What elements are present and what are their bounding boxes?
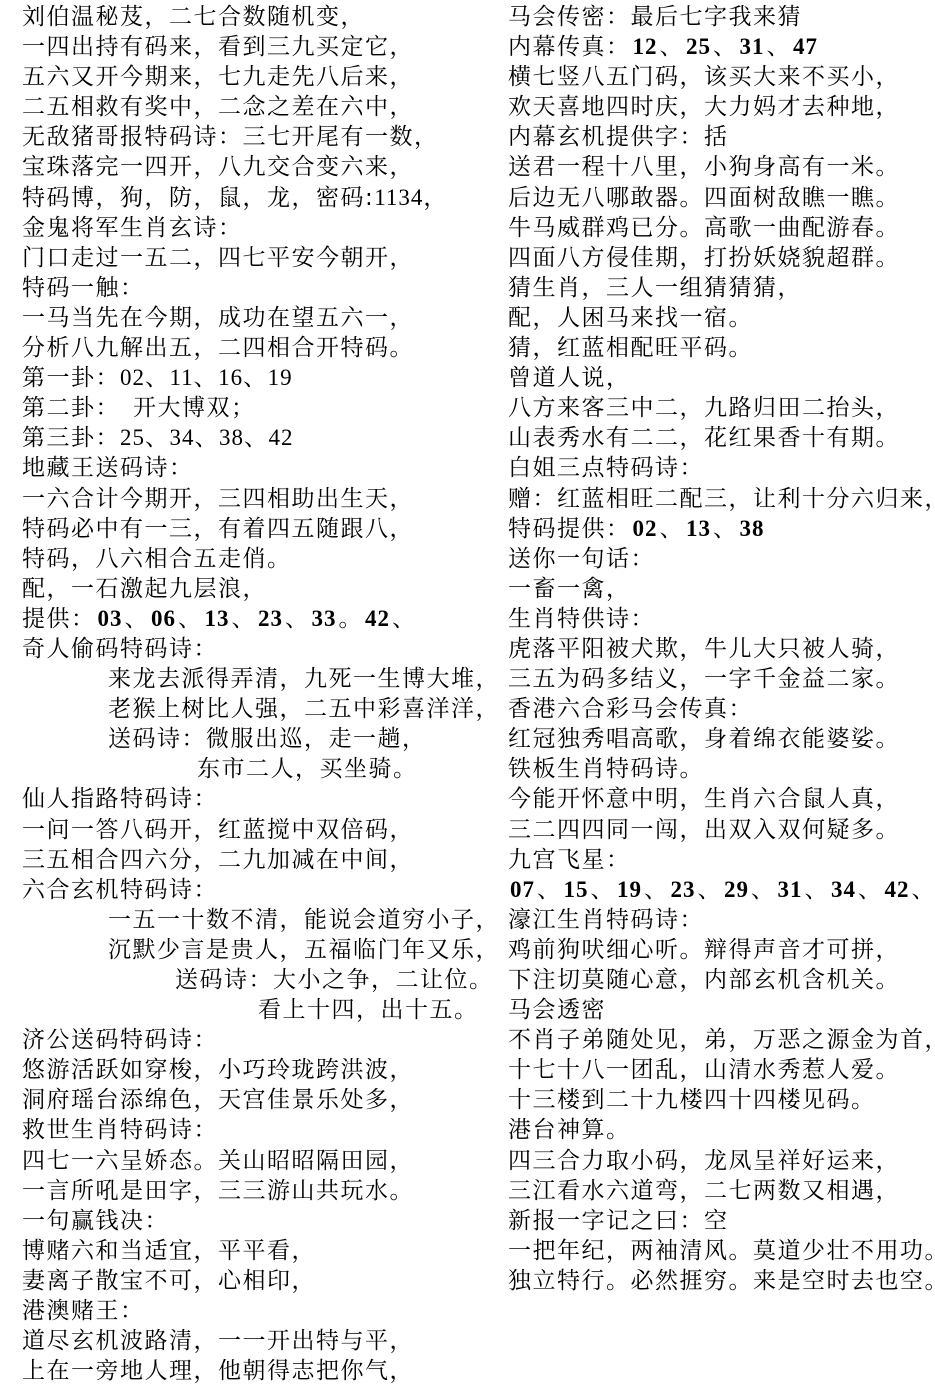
text-line: 地藏王送码诗：: [22, 453, 490, 483]
text-line: 港澳赌王：: [22, 1296, 490, 1326]
number: 03: [96, 606, 125, 631]
text-line: 三二四四同一闯，出双入双何疑多。: [508, 815, 935, 845]
number: 13: [203, 606, 232, 631]
number: 19: [268, 365, 293, 390]
number: 31: [738, 34, 767, 59]
number: 31: [776, 877, 805, 902]
text-line: 马会透密: [508, 995, 935, 1025]
text-line: 送你一句话：: [508, 544, 935, 574]
text-line: 四面八方侵佳期，打扮妖娆貌超群。: [508, 243, 935, 273]
column-left: 刘伯温秘芨，二七合数随机变，一四出持有码来，看到三九买定它，五六又开今期来，七九…: [22, 2, 490, 1386]
text-line: 一把年纪，两袖清风。莫道少壮不用功。: [508, 1236, 935, 1266]
text-line: 三五相合四六分，二九加减在中间，: [22, 845, 490, 875]
number: 42: [363, 606, 392, 631]
text-line: 四七一六呈娇态。关山昭昭隔田园，: [22, 1146, 490, 1176]
text-line: 后边无八哪敢器。四面树敌瞧一瞧。: [508, 183, 935, 213]
text-line: 特码，八六相合五走俏。: [22, 544, 490, 574]
text-line: 特码博，狗，防，鼠，龙，密码:1134，: [22, 183, 490, 213]
text-line: 妻离子散宝不可，心相印，: [22, 1266, 490, 1296]
text-line: 一五一十数不清，能说会道穷小子，: [22, 905, 490, 935]
text-line: 特码提供：02、13、38: [508, 514, 935, 544]
text-line: 独立特行。必然捱穷。来是空时去也空。: [508, 1266, 935, 1296]
number: 16: [218, 365, 243, 390]
number: 06: [149, 606, 178, 631]
text-line: 门口走过一五二，四七平安今朝开，: [22, 243, 490, 273]
text-line: 不肖子弟随处见，弟，万恶之源金为首，: [508, 1025, 935, 1055]
document-page: 刘伯温秘芨，二七合数随机变，一四出持有码来，看到三九买定它，五六又开今期来，七九…: [0, 0, 935, 1388]
number: 23: [669, 877, 698, 902]
number: 29: [722, 877, 751, 902]
text-line: 奇人偷码特码诗：: [22, 634, 490, 664]
text-line: 配，人困马来找一宿。: [508, 303, 935, 333]
text-line: 牛马威群鸡已分。高歌一曲配游春。: [508, 213, 935, 243]
text-line: 今能开怀意中明，生肖六合鼠人真，: [508, 784, 935, 814]
text-line: 濠江生肖特码诗：: [508, 905, 935, 935]
number: 12: [631, 34, 660, 59]
text-line: 特码一触：: [22, 273, 490, 303]
text-line: 博赌六和当适宜，平平看，: [22, 1236, 490, 1266]
text-line: 虎落平阳被犬欺，牛儿大只被人骑，: [508, 634, 935, 664]
column-right: 马会传密：最后七字我来猜内幕传真：12、25、31、47横七竖八五门码，该买大来…: [508, 2, 935, 1296]
text-line: 07、15、19、23、29、31、34、42、43: [508, 875, 935, 905]
text-line: 沉默少言是贵人，五福临门年又乐，: [22, 935, 490, 965]
number: 07: [508, 877, 537, 902]
text-line: 十三楼到二十九楼四十四楼见码。: [508, 1085, 935, 1115]
text-line: 六合玄机特码诗：: [22, 875, 490, 905]
text-line: 赠：红蓝相旺二配三，让利十分六归来，: [508, 484, 935, 514]
text-line: 第三卦：25、34、38、42: [22, 423, 490, 453]
number: 38: [738, 516, 767, 541]
text-line: 送码诗：大小之争，二让位。: [22, 965, 490, 995]
number: 23: [256, 606, 285, 631]
text-line: 九宫飞星：: [508, 845, 935, 875]
text-line: 横七竖八五门码，该买大来不买小，: [508, 62, 935, 92]
text-line: 第一卦：02、11、16、19: [22, 363, 490, 393]
text-line: 猜生肖，三人一组猜猜猜，: [508, 273, 935, 303]
text-line: 八方来客三中二，九路归田二抬头，: [508, 393, 935, 423]
text-line: 五六又开今期来，七九走先八后来，: [22, 62, 490, 92]
text-line: 洞府瑶台添绵色，天宫佳景乐处多，: [22, 1085, 490, 1115]
text-line: 来龙去派得弄清，九死一生博大堆，: [22, 664, 490, 694]
text-line: 白姐三点特码诗：: [508, 453, 935, 483]
text-line: 一句赢钱决：: [22, 1206, 490, 1236]
text-line: 金鬼将军生肖玄诗：: [22, 213, 490, 243]
text-line: 道尽玄机波路清，一一开出特与平，: [22, 1326, 490, 1356]
text-line: 一问一答八码开，红蓝搅中双倍码，: [22, 815, 490, 845]
text-line: 送码诗：微服出巡，走一趟，: [22, 724, 490, 754]
text-line: 山表秀水有二二，花红果香十有期。: [508, 423, 935, 453]
text-line: 老猴上树比人强，二五中彩喜洋洋，: [22, 694, 490, 724]
text-line: 上在一旁地人理，他朝得志把你气，: [22, 1356, 490, 1386]
text-line: 一畜一禽，: [508, 574, 935, 604]
number: 42: [269, 425, 294, 450]
text-line: 无敌猪哥报特码诗：三七开尾有一数，: [22, 122, 490, 152]
text-line: 刘伯温秘芨，二七合数随机变，: [22, 2, 490, 32]
number: 25: [120, 425, 145, 450]
text-line: 分析八九解出五，二四相合开特码。: [22, 333, 490, 363]
text-line: 东市二人，买坐骑。: [22, 754, 490, 784]
number: 11: [170, 365, 194, 390]
number: 25: [684, 34, 713, 59]
text-line: 内幕玄机提供字：括: [508, 122, 935, 152]
number: 34: [829, 877, 858, 902]
number: 38: [219, 425, 244, 450]
number: 19: [615, 877, 644, 902]
text-line: 三五为码多结义，一字千金益二家。: [508, 664, 935, 694]
number: 1134: [374, 185, 423, 210]
number: 34: [170, 425, 195, 450]
text-line: 鸡前狗吠细心听。辩得声音才可拼，: [508, 935, 935, 965]
text-line: 香港六合彩马会传真：: [508, 694, 935, 724]
text-line: 铁板生肖特码诗。: [508, 754, 935, 784]
text-line: 一四出持有码来，看到三九买定它，: [22, 32, 490, 62]
text-line: 悠游活跃如穿梭，小巧玲珑跨洪波，: [22, 1055, 490, 1085]
text-line: 二五相救有奖中，二念之差在六中，: [22, 92, 490, 122]
text-line: 宝珠落完一四开，八九交合变六来，: [22, 152, 490, 182]
text-line: 曾道人说，: [508, 363, 935, 393]
text-line: 提供：03、06、13、23、33。42、: [22, 604, 490, 634]
text-line: 港台神算。: [508, 1115, 935, 1145]
text-line: 配，一石激起九层浪，: [22, 574, 490, 604]
text-line: 欢天喜地四时庆，大力妈才去种地，: [508, 92, 935, 122]
text-line: 救世生肖特码诗：: [22, 1115, 490, 1145]
text-line: 一马当先在今期，成功在望五六一，: [22, 303, 490, 333]
text-line: 十七十八一团乱，山清水秀惹人爱。: [508, 1055, 935, 1085]
text-line: 一言所吼是田字，三三游山共玩水。: [22, 1176, 490, 1206]
text-line: 下注切莫随心意，内部玄机含机关。: [508, 965, 935, 995]
text-line: 特码必中有一三，有着四五随跟八，: [22, 514, 490, 544]
number: 13: [684, 516, 713, 541]
number: 02: [120, 365, 145, 390]
text-line: 四三合力取小码，龙凤呈祥好运来，: [508, 1146, 935, 1176]
number: 02: [631, 516, 660, 541]
text-line: 看上十四，出十五。: [22, 995, 490, 1025]
text-line: 仙人指路特码诗：: [22, 784, 490, 814]
text-line: 第二卦： 开大博双；: [22, 393, 490, 423]
text-line: 内幕传真：12、25、31、47: [508, 32, 935, 62]
number: 33: [310, 606, 339, 631]
text-line: 送君一程十八里，小狗身高有一米。: [508, 152, 935, 182]
text-line: 三江看水六道弯，二七两数又相遇，: [508, 1176, 935, 1206]
number: 42: [883, 877, 912, 902]
text-line: 马会传密：最后七字我来猜: [508, 2, 935, 32]
text-line: 济公送码特码诗：: [22, 1025, 490, 1055]
text-line: 新报一字记之曰：空: [508, 1206, 935, 1236]
text-line: 红冠独秀唱高歌，身着绵衣能婆娑。: [508, 724, 935, 754]
number: 47: [791, 34, 820, 59]
number: 15: [562, 877, 591, 902]
text-line: 一六合计今期开，三四相助出生天，: [22, 484, 490, 514]
text-line: 生肖特供诗：: [508, 604, 935, 634]
text-line: 猜，红蓝相配旺平码。: [508, 333, 935, 363]
